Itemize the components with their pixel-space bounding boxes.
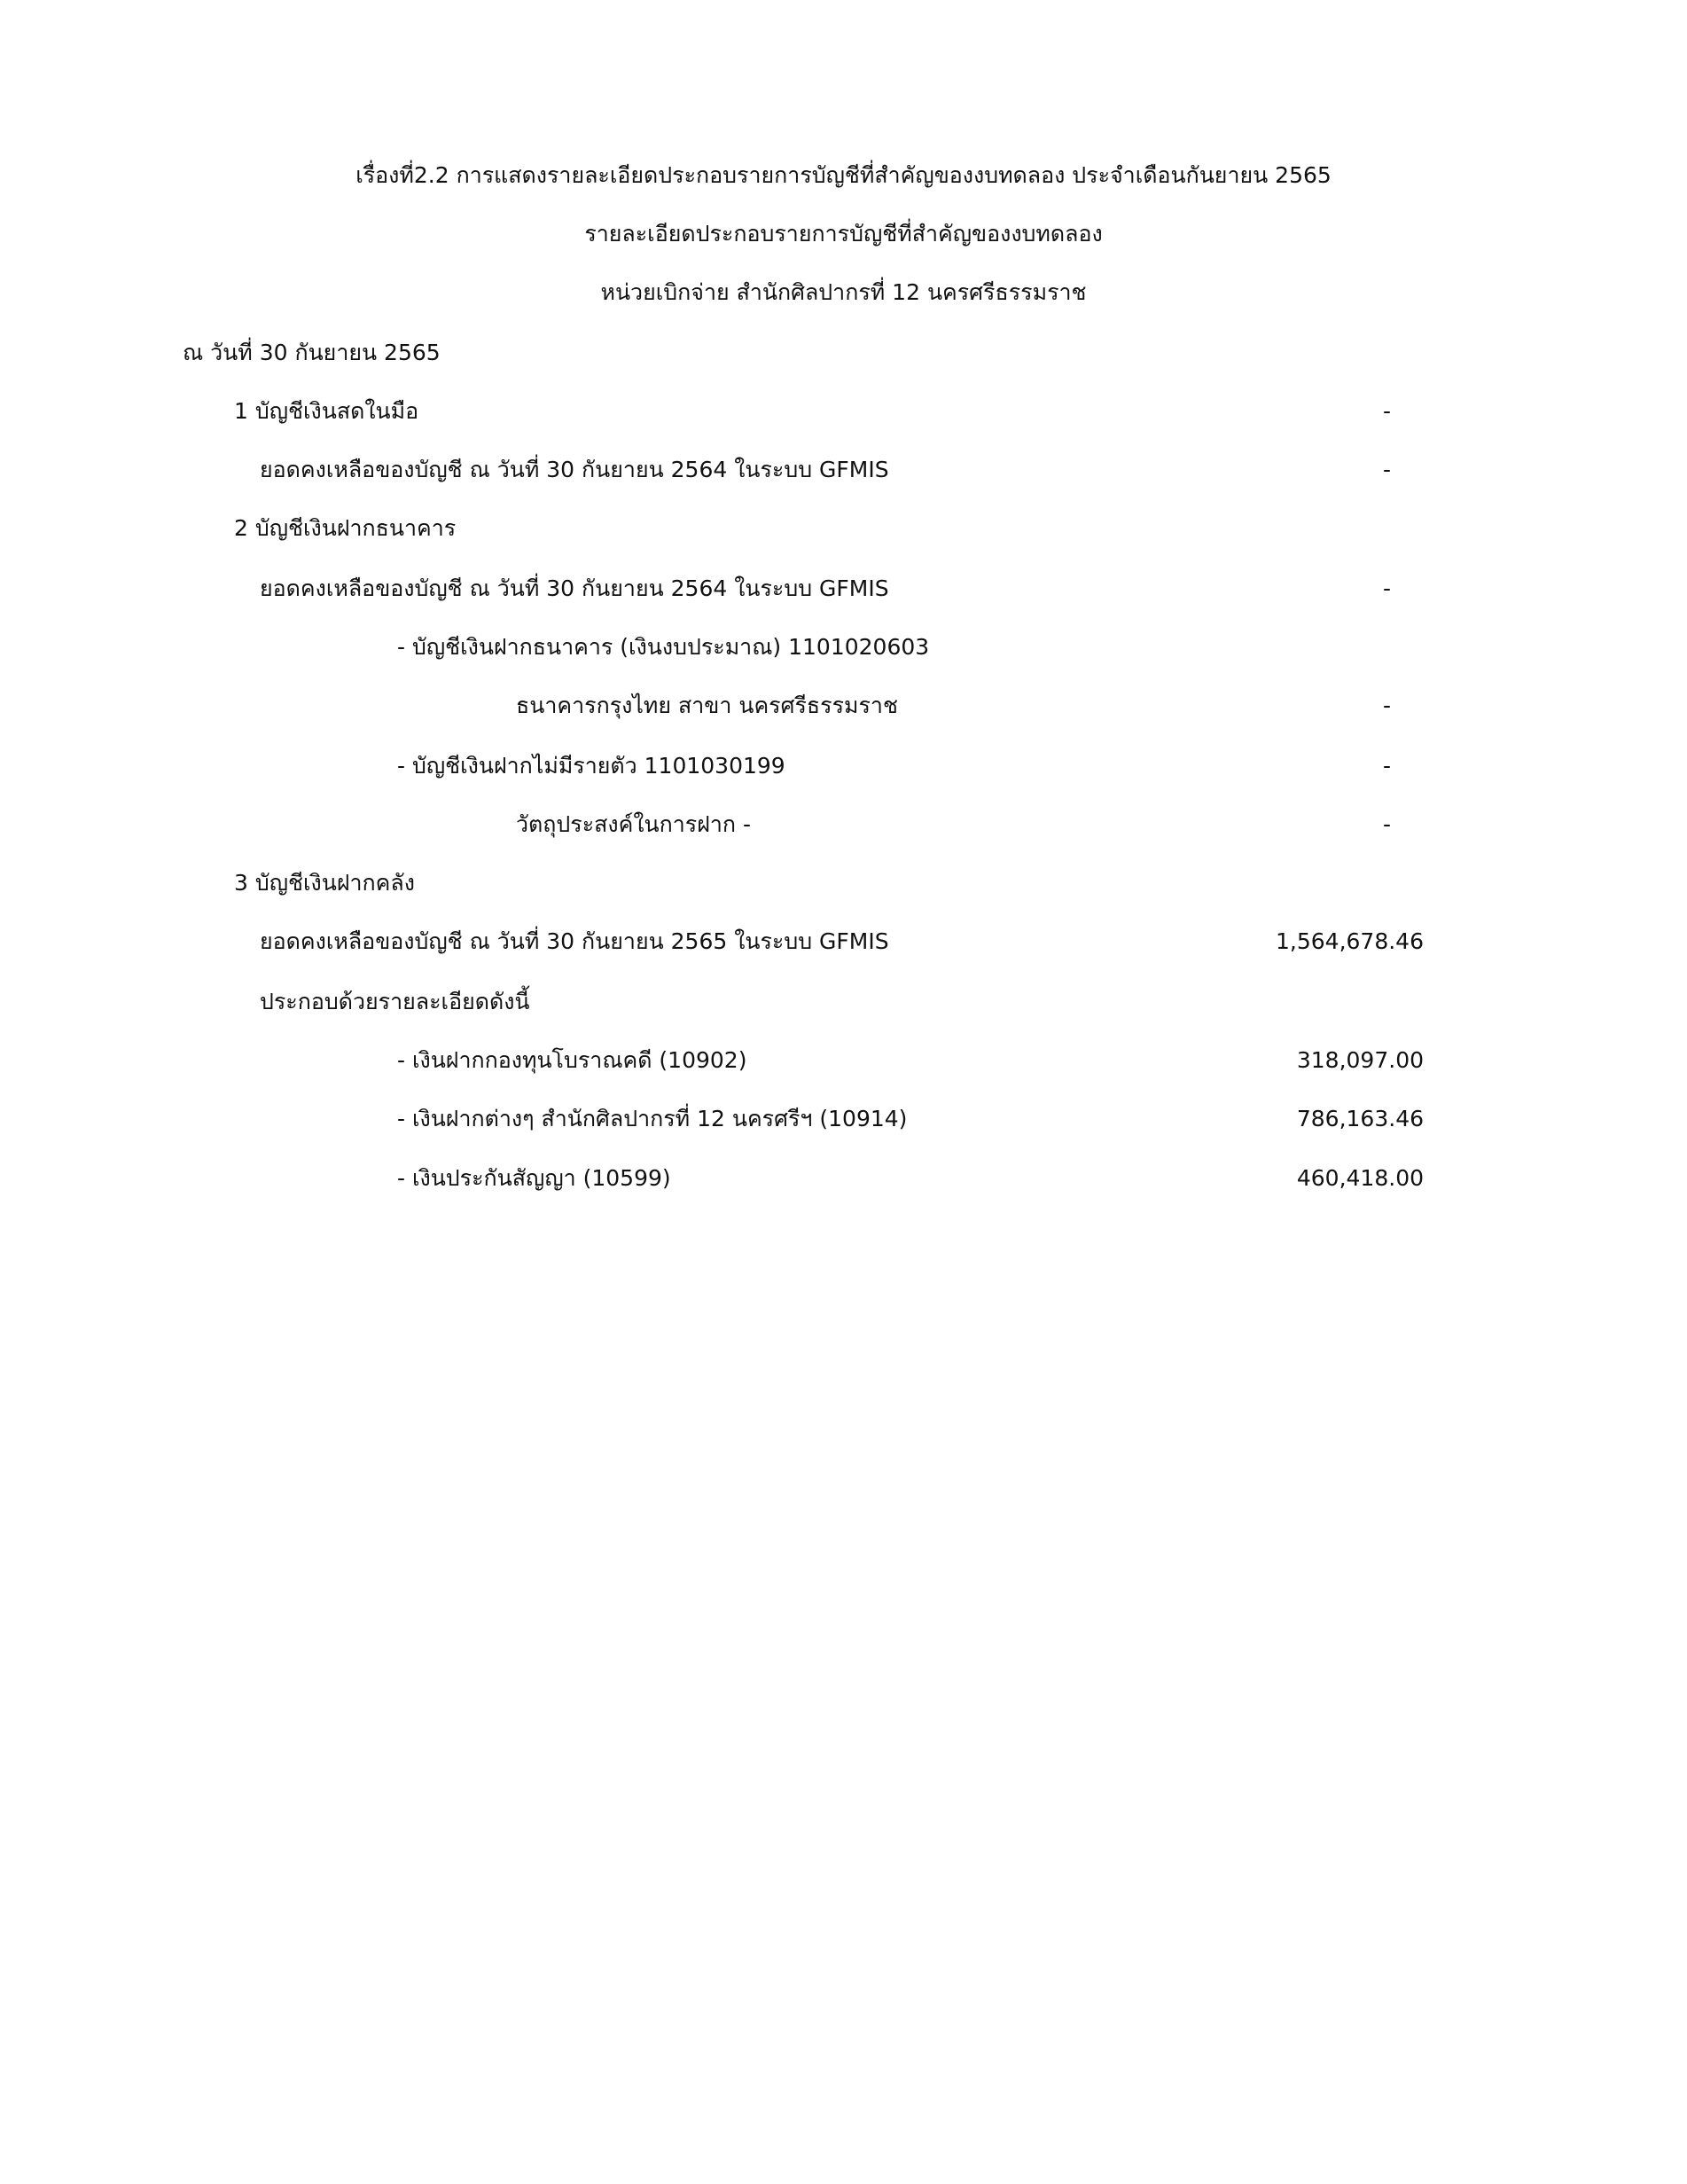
bank-item-amount: - bbox=[1383, 690, 1391, 722]
section-heading-cash: 1 บัญชีเงินสดในมือ bbox=[234, 395, 418, 427]
treasury-item-amount: 318,097.00 bbox=[1158, 1045, 1424, 1076]
section-amount-cash: - bbox=[1383, 395, 1391, 427]
treasury-item-label: - เงินประกันสัญญา (10599) bbox=[397, 1162, 671, 1194]
bank-item-amount: - bbox=[1383, 750, 1391, 782]
treasury-item-amount: 460,418.00 bbox=[1158, 1162, 1424, 1194]
balance-label-bank: ยอดคงเหลือของบัญชี ณ วันที่ 30 กันยายน 2… bbox=[260, 573, 889, 605]
bank-item-label: - บัญชีเงินฝากไม่มีรายตัว 1101030199 bbox=[397, 750, 785, 782]
detail-label-treasury: ประกอบด้วยรายละเอียดดังนี้ bbox=[260, 986, 530, 1018]
treasury-item-amount: 786,163.46 bbox=[1158, 1103, 1424, 1135]
disbursement-unit: หน่วยเบิกจ่าย สำนักศิลปากรที่ 12 นครศรีธ… bbox=[0, 277, 1687, 309]
balance-label-cash: ยอดคงเหลือของบัญชี ณ วันที่ 30 กันยายน 2… bbox=[260, 454, 889, 486]
balance-amount-cash: - bbox=[1383, 454, 1391, 486]
document-title: เรื่องที่2.2 การแสดงรายละเอียดประกอบรายก… bbox=[0, 160, 1687, 192]
section-heading-treasury: 3 บัญชีเงินฝากคลัง bbox=[234, 867, 415, 899]
balance-amount-bank: - bbox=[1383, 573, 1391, 605]
bank-item-label: - บัญชีเงินฝากธนาคาร (เงินงบประมาณ) 1101… bbox=[397, 631, 929, 663]
bank-item-label: ธนาคารกรุงไทย สาขา นครศรีธรรมราช bbox=[516, 690, 898, 722]
bank-item-label: วัตถุประสงค์ในการฝาก - bbox=[516, 809, 751, 841]
section-heading-bank: 2 บัญชีเงินฝากธนาคาร bbox=[234, 513, 456, 544]
balance-amount-treasury: 1,564,678.46 bbox=[1158, 926, 1424, 958]
as-of-date: ณ วันที่ 30 กันยายน 2565 bbox=[183, 337, 441, 369]
balance-label-treasury: ยอดคงเหลือของบัญชี ณ วันที่ 30 กันยายน 2… bbox=[260, 926, 889, 958]
treasury-item-label: - เงินฝากต่างๆ สำนักศิลปากรที่ 12 นครศรี… bbox=[397, 1103, 907, 1135]
bank-item-amount: - bbox=[1383, 809, 1391, 841]
document-subtitle: รายละเอียดประกอบรายการบัญชีที่สำคัญของงบ… bbox=[0, 218, 1687, 250]
treasury-item-label: - เงินฝากกองทุนโบราณคดี (10902) bbox=[397, 1045, 746, 1076]
